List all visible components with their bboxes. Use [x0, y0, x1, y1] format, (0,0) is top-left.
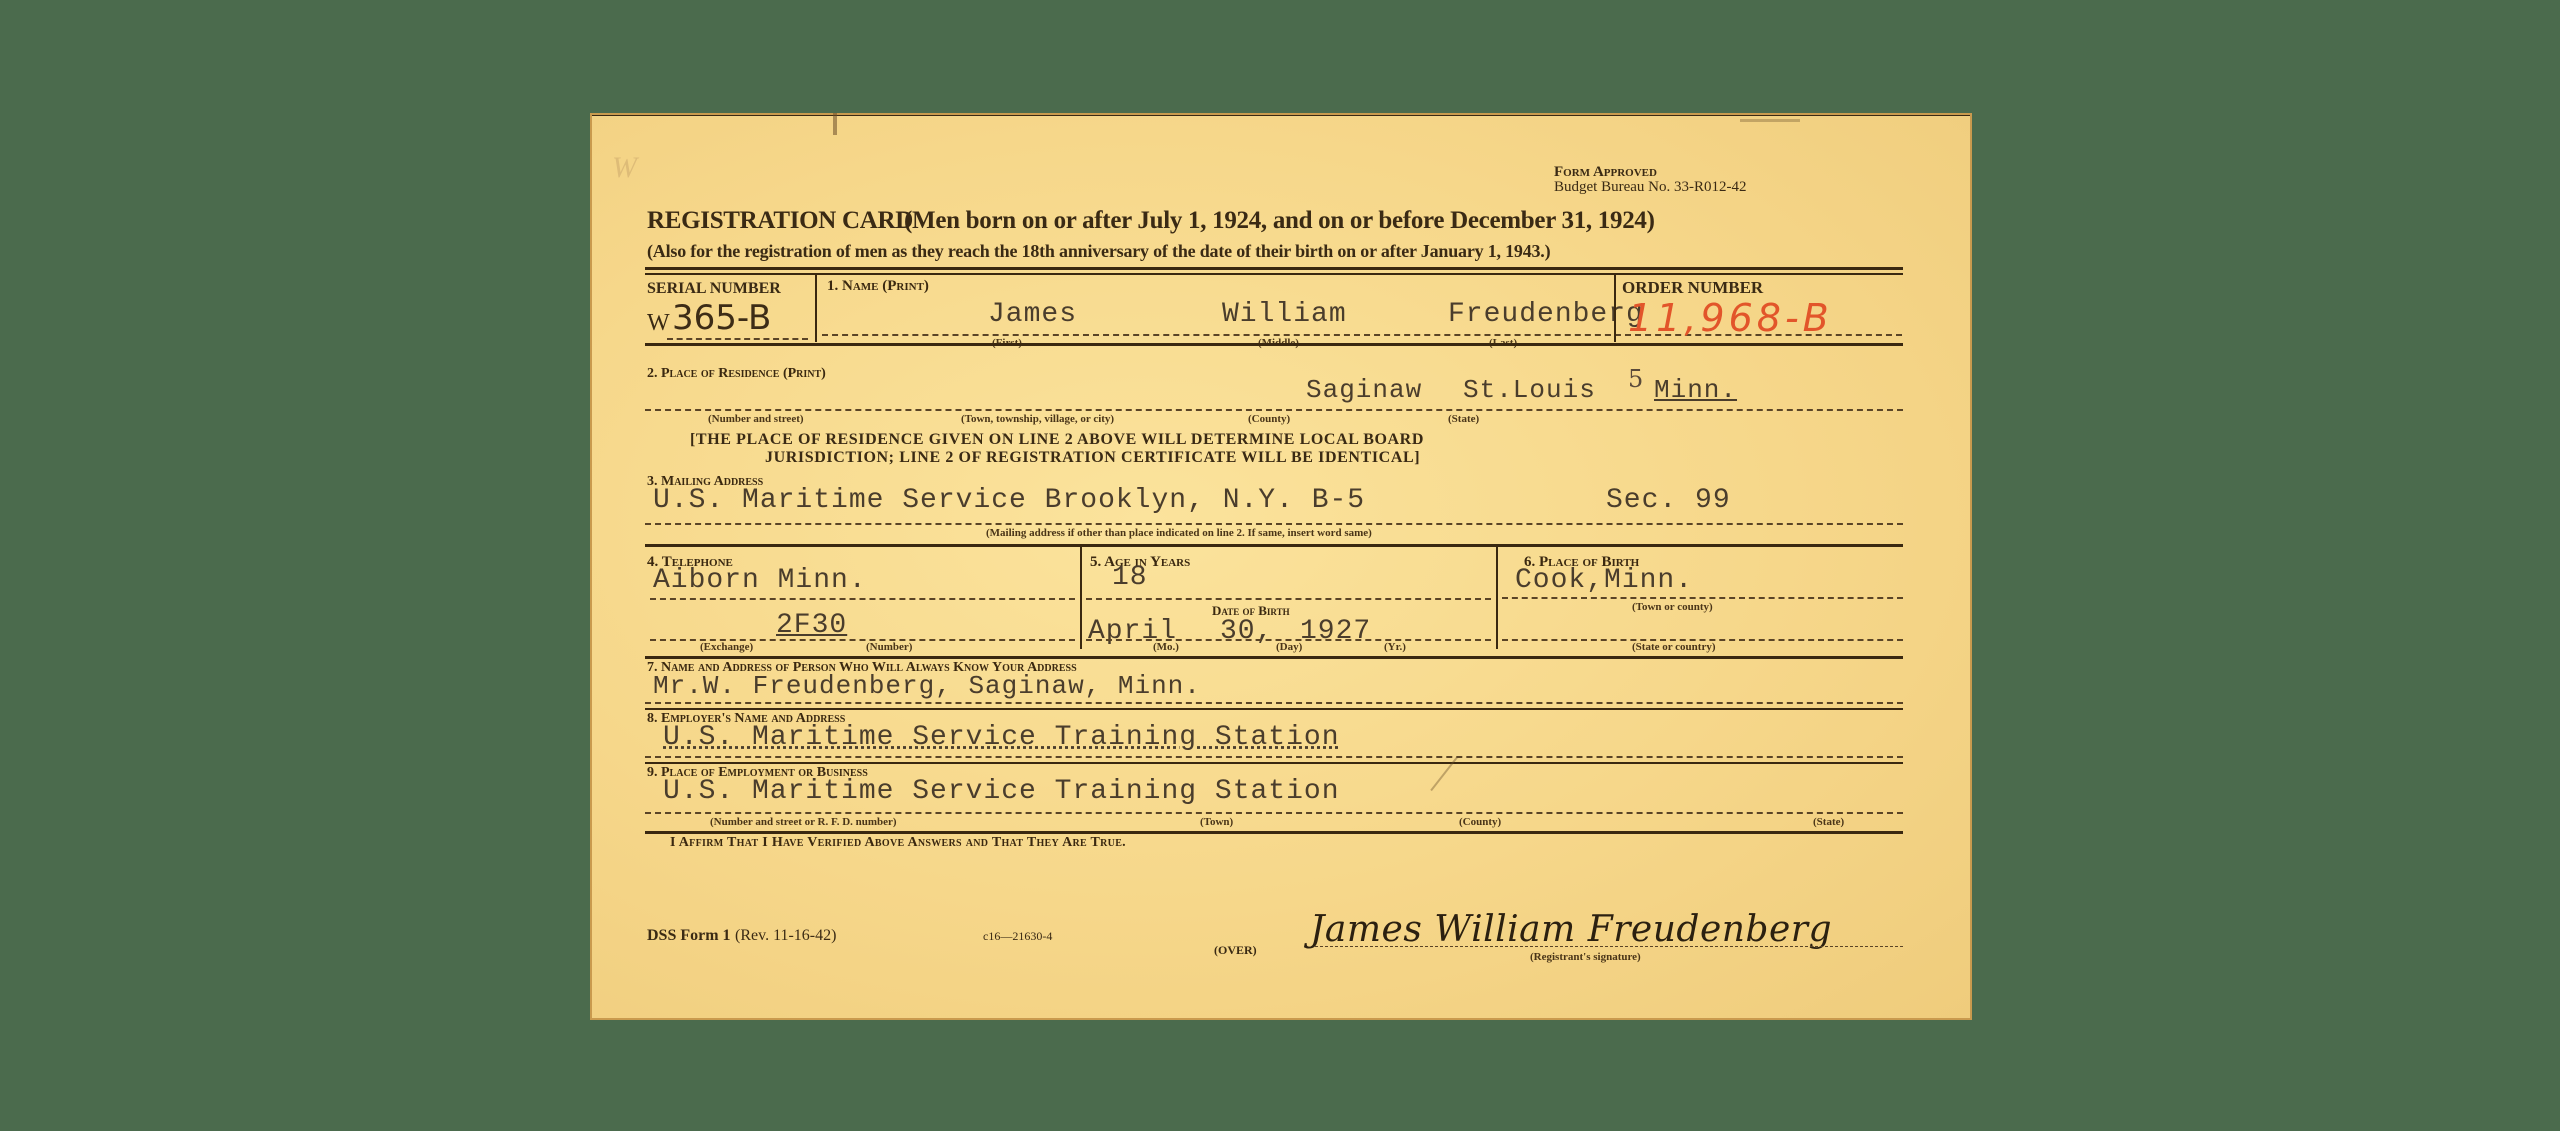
employment-county-caption: (County)	[1459, 816, 1501, 828]
employment-place-value: U.S. Maritime Service Training Station	[663, 776, 1340, 807]
affirmation-text: I Affirm That I Have Verified Above Answ…	[670, 835, 1126, 851]
mailing-underline	[645, 523, 1903, 525]
header-rule	[645, 273, 1903, 275]
jurisdiction-notice-line2: JURISDICTION; LINE 2 OF REGISTRATION CER…	[765, 449, 1420, 467]
telephone-exchange-value: Aiborn Minn.	[653, 565, 867, 596]
birthplace-underline-1	[1502, 597, 1903, 599]
day-caption: (Day)	[1276, 641, 1302, 653]
row-rule	[645, 656, 1903, 659]
mailing-caption: (Mailing address if other than place ind…	[986, 527, 1372, 539]
employer-underline	[645, 756, 1903, 758]
dob-year-value: 1927	[1300, 616, 1371, 647]
place-of-birth-value: Cook,Minn.	[1515, 565, 1693, 596]
employment-town-caption: (Town)	[1200, 816, 1233, 828]
serial-prefix: W	[647, 310, 670, 337]
age-underline	[1086, 598, 1491, 600]
age-value: 18	[1112, 562, 1148, 593]
contact-person-value: Mr.W. Freudenberg, Saginaw, Minn.	[653, 671, 1201, 701]
employer-value: U.S. Maritime Service Training Station	[663, 722, 1340, 753]
top-ink-smudge	[1740, 119, 1800, 122]
year-caption: (Yr.)	[1384, 641, 1406, 653]
top-ink-smudge	[833, 113, 837, 135]
jurisdiction-notice-line1: [THE PLACE OF RESIDENCE GIVEN ON LINE 2 …	[690, 431, 1424, 449]
exchange-caption: (Exchange)	[700, 641, 753, 653]
phone-age-divider	[1080, 547, 1082, 649]
eligibility-text: (Men born on or after July 1, 1924, and …	[904, 207, 1655, 235]
dob-day-value: 30,	[1220, 616, 1273, 647]
row-rule	[645, 762, 1903, 764]
serial-number-value: 365-B	[672, 298, 771, 338]
subtitle-text: (Also for the registration of men as the…	[647, 241, 1550, 262]
order-number-value: 11,968-B	[1628, 296, 1833, 340]
card-title: REGISTRATION CARD	[647, 207, 913, 235]
row-rule	[645, 343, 1903, 346]
serial-number-label: SERIAL NUMBER	[647, 280, 781, 298]
order-number-label: ORDER NUMBER	[1622, 278, 1763, 298]
registrant-signature: James William Freudenberg	[1310, 909, 1832, 950]
middle-name-value: William	[1222, 299, 1347, 330]
serial-divider	[815, 274, 817, 342]
street-caption: (Number and street)	[708, 413, 804, 425]
month-caption: (Mo.)	[1153, 641, 1179, 653]
signature-underline	[1315, 946, 1903, 947]
mailing-address-value: U.S. Maritime Service Brooklyn, N.Y. B-5	[653, 485, 1365, 516]
employment-state-caption: (State)	[1813, 816, 1844, 828]
row-rule	[645, 544, 1903, 547]
town-or-county-caption: (Town or county)	[1632, 601, 1713, 613]
header-rule	[645, 267, 1903, 270]
employment-place-underline	[645, 812, 1903, 814]
telephone-underline-1	[650, 598, 1075, 600]
print-code: c16—21630-4	[983, 929, 1052, 944]
state-caption: (State)	[1448, 413, 1479, 425]
first-name-value: James	[988, 299, 1077, 330]
registration-card: W Form Approved Budget Bureau No. 33-R01…	[590, 113, 1972, 1020]
state-or-country-caption: (State or country)	[1632, 641, 1716, 653]
county-caption: (County)	[1248, 413, 1290, 425]
serial-underline	[667, 338, 808, 340]
telephone-number-value: 2F30	[776, 610, 847, 641]
town-caption: (Town, township, village, or city)	[961, 413, 1114, 425]
row-rule	[645, 831, 1903, 834]
number-caption: (Number)	[866, 641, 912, 653]
row-rule	[645, 708, 1903, 710]
over-label: (OVER)	[1214, 943, 1257, 958]
name-label: 1. Name (Print)	[827, 278, 929, 295]
order-divider	[1614, 274, 1616, 342]
contact-underline	[645, 702, 1903, 704]
form-revision: (Rev. 11-16-42)	[735, 927, 836, 945]
residence-annotation: 5	[1628, 365, 1643, 393]
residence-town-value: Saginaw	[1306, 375, 1422, 405]
residence-county-value: St.Louis	[1463, 375, 1596, 405]
residence-state-value: Minn.	[1654, 375, 1737, 405]
residence-underline	[645, 409, 1903, 411]
faint-pencil-mark: W	[612, 151, 637, 185]
budget-bureau-number: Budget Bureau No. 33-R012-42	[1554, 179, 1746, 196]
mailing-section-value: Sec. 99	[1606, 485, 1731, 516]
rfd-caption: (Number and street or R. F. D. number)	[710, 816, 897, 828]
signature-caption: (Registrant's signature)	[1530, 951, 1641, 963]
residence-label: 2. Place of Residence (Print)	[647, 366, 826, 382]
dss-form-id: DSS Form 1	[647, 927, 731, 945]
age-birthplace-divider	[1496, 547, 1498, 649]
